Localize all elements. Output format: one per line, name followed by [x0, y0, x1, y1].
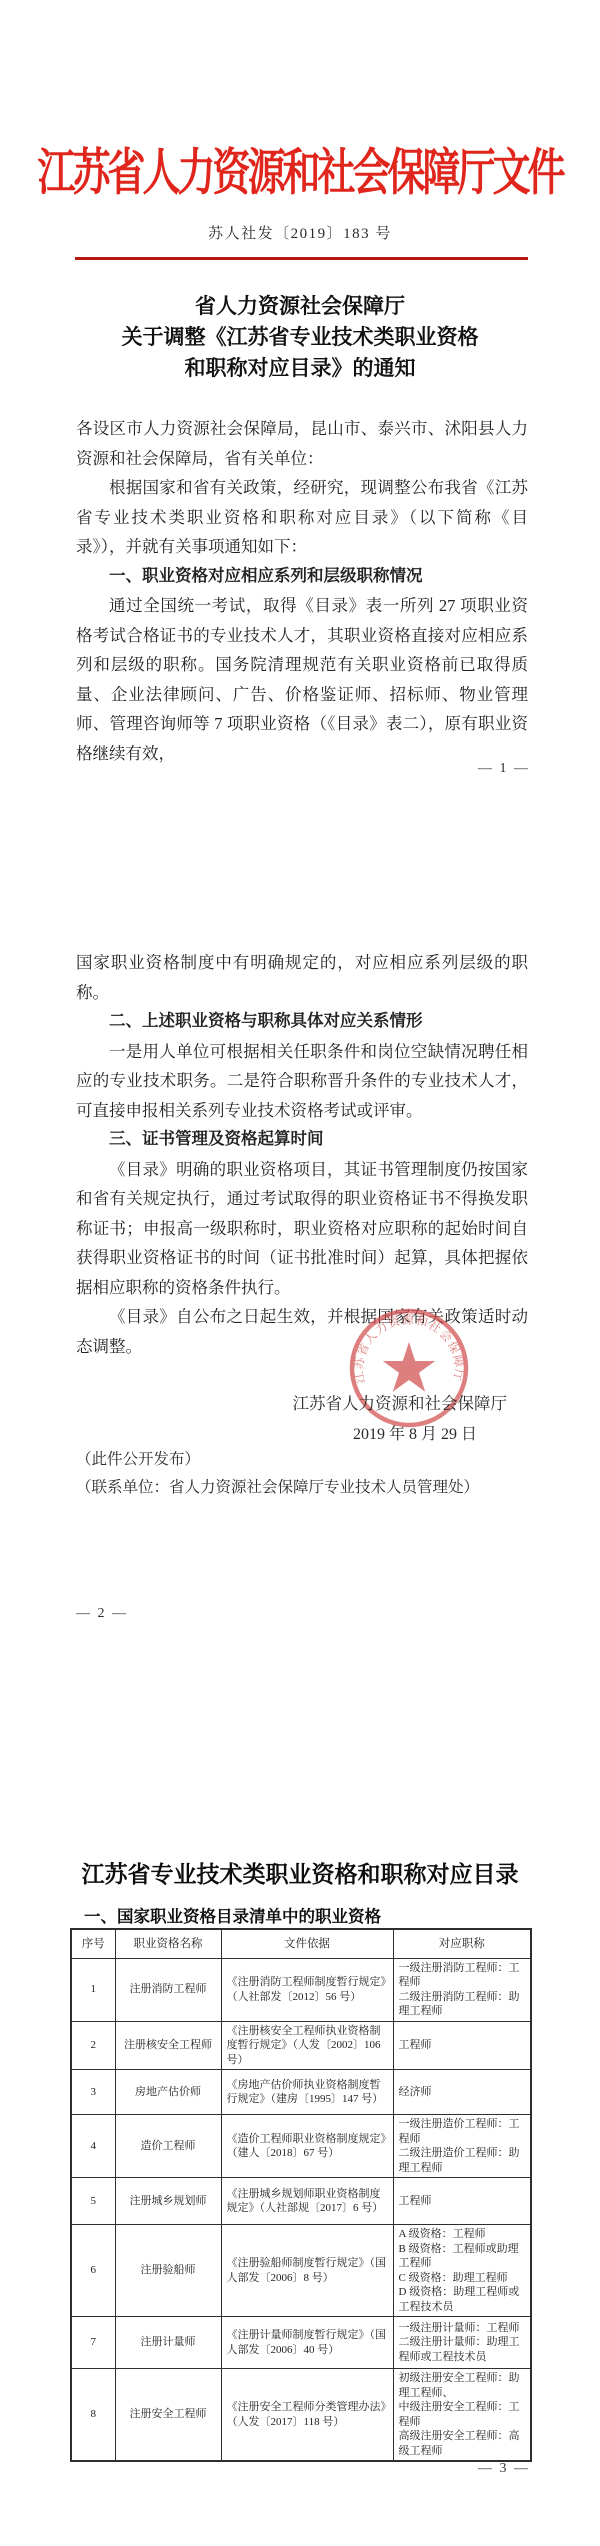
notice-title-line-3: 和职称对应目录》的通知: [0, 353, 600, 384]
cell-titles: 工程师: [393, 2021, 531, 2070]
column-header-no: 序号: [71, 1929, 115, 1958]
page-number-1: — 1 —: [478, 761, 530, 777]
section1-continuation-paragraph: 国家职业资格制度中有明确规定的，对应相应系列层级的职称。: [76, 948, 528, 1007]
section2-heading: 二、上述职业资格与职称具体对应关系情形: [76, 1007, 528, 1037]
notice-title-line-2: 关于调整《江苏省专业技术类职业资格: [0, 322, 600, 353]
section2-paragraph: 一是用人单位可根据相关任职条件和岗位空缺情况聘任相应的专业技术职务。二是符合职称…: [76, 1037, 528, 1126]
cell-basis: 《造价工程师职业资格制度规定》（建人〔2018〕67 号）: [221, 2115, 393, 2178]
cell-titles: 一级注册造价工程师：工程师 二级注册造价工程师：助理工程师: [393, 2115, 531, 2178]
cell-basis: 《房地产估价师执业资格制度暂行规定》（建房〔1995〕147 号）: [221, 2070, 393, 2115]
table-header-row: 序号 职业资格名称 文件依据 对应职称: [71, 1929, 531, 1958]
cell-titles: 工程师: [393, 2178, 531, 2225]
cell-no: 3: [71, 2070, 115, 2115]
section1-paragraph: 通过全国统一考试，取得《目录》表一所列 27 项职业资格考试合格证书的专业技术人…: [76, 591, 528, 768]
letterhead-divider: [75, 257, 528, 260]
cell-basis: 《注册安全工程师分类管理办法》（人发〔2017〕118 号）: [221, 2369, 393, 2462]
letterhead-title: 江苏省人力资源和社会保障厅文件: [37, 131, 562, 204]
qualification-table-container: 序号 职业资格名称 文件依据 对应职称 1 注册消防工程师 《注册消防工程师制度…: [70, 1928, 530, 2462]
letterhead: 江苏省人力资源和社会保障厅文件: [0, 140, 600, 195]
table-row: 7 注册计量师 《注册计量师制度暂行规定》（国人部发〔2006〕40 号） 一级…: [71, 2317, 531, 2369]
contact-note: （联系单位：省人力资源社会保障厅专业技术人员管理处）: [76, 1475, 479, 1497]
document-number: 苏人社发〔2019〕183 号: [0, 222, 600, 243]
page-number-3: — 3 —: [478, 2461, 530, 2477]
intro-paragraph: 根据国家和省有关政策，经研究，现调整公布我省《江苏省专业技术类职业资格和职称对应…: [76, 473, 528, 562]
cell-name: 注册安全工程师: [115, 2369, 221, 2462]
cell-name: 注册验船师: [115, 2225, 221, 2317]
column-header-titles: 对应职称: [393, 1929, 531, 1958]
cell-name: 注册消防工程师: [115, 1958, 221, 2021]
cell-no: 4: [71, 2115, 115, 2178]
catalog-title: 江苏省专业技术类职业资格和职称对应目录: [0, 1856, 600, 1889]
cell-titles: A 级资格：工程师 B 级资格：工程师或助理工程师 C 级资格：助理工程师 D …: [393, 2225, 531, 2317]
star-icon: [383, 1342, 435, 1392]
scanned-official-document: 江苏省人力资源和社会保障厅文件 苏人社发〔2019〕183 号 省人力资源社会保…: [0, 0, 600, 2546]
page2-body: 国家职业资格制度中有明确规定的，对应相应系列层级的职称。 二、上述职业资格与职称…: [76, 948, 528, 1361]
cell-name: 注册核安全工程师: [115, 2021, 221, 2070]
public-release-note: （此件公开发布）: [76, 1447, 200, 1469]
cell-titles: 经济师: [393, 2070, 531, 2115]
issue-date: 2019 年 8 月 29 日: [0, 1421, 600, 1444]
qualification-table: 序号 职业资格名称 文件依据 对应职称 1 注册消防工程师 《注册消防工程师制度…: [70, 1928, 532, 2462]
section3-heading: 三、证书管理及资格起算时间: [76, 1125, 528, 1155]
table-row: 8 注册安全工程师 《注册安全工程师分类管理办法》（人发〔2017〕118 号）…: [71, 2369, 531, 2462]
cell-no: 7: [71, 2317, 115, 2369]
section1-heading: 一、职业资格对应相应系列和层级职称情况: [76, 562, 528, 592]
cell-name: 房地产估价师: [115, 2070, 221, 2115]
cell-titles: 一级注册消防工程师：工程师 二级注册消防工程师：助理工程师: [393, 1958, 531, 2021]
section3-paragraph: 《目录》明确的职业资格项目，其证书管理制度仍按国家和省有关规定执行，通过考试取得…: [76, 1155, 528, 1303]
notice-title: 省人力资源社会保障厅 关于调整《江苏省专业技术类职业资格 和职称对应目录》的通知: [0, 291, 600, 384]
salutation-paragraph: 各设区市人力资源社会保障局，昆山市、泰兴市、沭阳县人力资源和社会保障局，省有关单…: [76, 414, 528, 473]
cell-no: 6: [71, 2225, 115, 2317]
column-header-name: 职业资格名称: [115, 1929, 221, 1958]
cell-name: 注册计量师: [115, 2317, 221, 2369]
page-number-2: — 2 —: [76, 1606, 128, 1622]
table-row: 6 注册验船师 《注册验船师制度暂行规定》（国人部发〔2006〕8 号） A 级…: [71, 2225, 531, 2317]
cell-name: 注册城乡规划师: [115, 2178, 221, 2225]
column-header-basis: 文件依据: [221, 1929, 393, 1958]
table-row: 5 注册城乡规划师 《注册城乡规划师职业资格制度规定》（人社部规〔2017〕6 …: [71, 2178, 531, 2225]
cell-no: 8: [71, 2369, 115, 2462]
cell-no: 2: [71, 2021, 115, 2070]
table-row: 1 注册消防工程师 《注册消防工程师制度暂行规定》（人社部发〔2012〕56 号…: [71, 1958, 531, 2021]
notice-title-line-1: 省人力资源社会保障厅: [0, 291, 600, 322]
issuer-signature: 江苏省人力资源和社会保障厅: [0, 1390, 600, 1414]
table-row: 4 造价工程师 《造价工程师职业资格制度规定》（建人〔2018〕67 号） 一级…: [71, 2115, 531, 2178]
cell-basis: 《注册城乡规划师职业资格制度规定》（人社部规〔2017〕6 号）: [221, 2178, 393, 2225]
cell-basis: 《注册核安全工程师执业资格制度暂行规定》（人发〔2002〕106 号）: [221, 2021, 393, 2070]
cell-basis: 《注册消防工程师制度暂行规定》（人社部发〔2012〕56 号）: [221, 1958, 393, 2021]
catalog-section-heading: 一、国家职业资格目录清单中的职业资格: [84, 1903, 381, 1927]
table-row: 3 房地产估价师 《房地产估价师执业资格制度暂行规定》（建房〔1995〕147 …: [71, 2070, 531, 2115]
page1-body: 各设区市人力资源社会保障局，昆山市、泰兴市、沭阳县人力资源和社会保障局，省有关单…: [76, 414, 528, 768]
cell-name: 造价工程师: [115, 2115, 221, 2178]
cell-basis: 《注册计量师制度暂行规定》（国人部发〔2006〕40 号）: [221, 2317, 393, 2369]
cell-no: 1: [71, 1958, 115, 2021]
cell-basis: 《注册验船师制度暂行规定》（国人部发〔2006〕8 号）: [221, 2225, 393, 2317]
cell-no: 5: [71, 2178, 115, 2225]
cell-titles: 初级注册安全工程师：助理工程师、 中级注册安全工程师：工程师 高级注册安全工程师…: [393, 2369, 531, 2462]
table-row: 2 注册核安全工程师 《注册核安全工程师执业资格制度暂行规定》（人发〔2002〕…: [71, 2021, 531, 2070]
cell-titles: 一级注册计量师：工程师 二级注册计量师：助理工程师或工程技术员: [393, 2317, 531, 2369]
